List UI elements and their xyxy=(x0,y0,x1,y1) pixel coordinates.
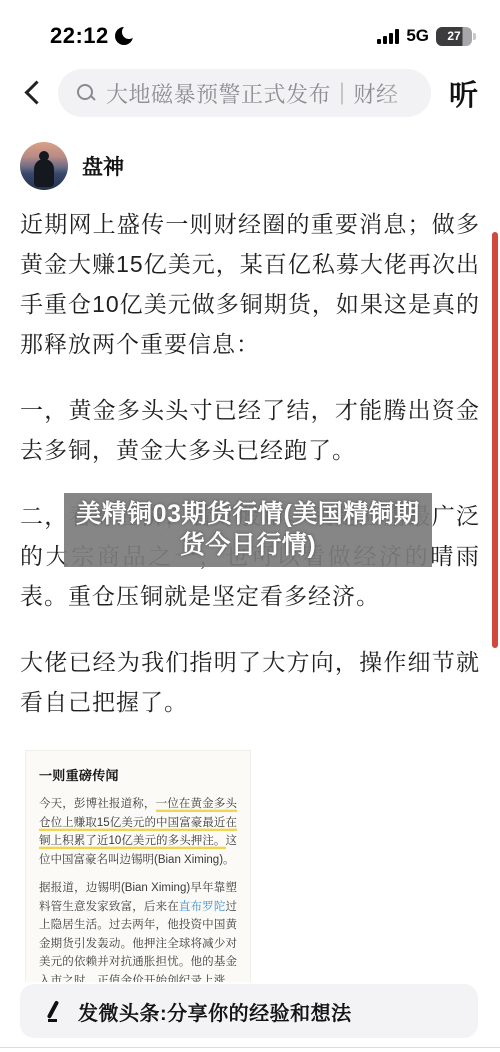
pen-icon xyxy=(42,1000,64,1022)
post-body: 近期网上盛传一则财经圈的重要消息；做多黄金大赚15亿美元，某百亿私募大佬再次出手… xyxy=(0,190,500,722)
card-text: 过上隐居生活。过去两年，他投资中国黄金期货引发轰动。他押注全球将减少对美元的依赖… xyxy=(39,901,237,985)
author-row[interactable]: 盘神 xyxy=(0,142,500,190)
post-paragraph: 大佬已经为我们指明了大方向，操作细节就看自己把握了。 xyxy=(20,642,480,722)
card-text: 今天，彭博社报道称， xyxy=(39,798,156,810)
back-button[interactable] xyxy=(18,76,52,110)
search-bar[interactable]: 大地磁暴预警正式发布｜财经 xyxy=(58,69,431,117)
search-placeholder: 大地磁暴预警正式发布｜财经 xyxy=(106,78,399,109)
embedded-article-card[interactable]: 一则重磅传闻 今天，彭博社报道称，一位在黄金多头仓位上赚取15亿美元的中国富豪最… xyxy=(25,750,251,984)
bottom-divider xyxy=(0,1047,500,1048)
card-paragraph-1: 今天，彭博社报道称，一位在黄金多头仓位上赚取15亿美元的中国富豪最近在铜上积累了… xyxy=(39,795,237,869)
compose-post-input[interactable]: 发微头条:分享你的经验和想法 xyxy=(20,984,478,1038)
author-name[interactable]: 盘神 xyxy=(82,151,124,181)
clock: 22:12 xyxy=(50,23,109,49)
composer-placeholder: 发微头条:分享你的经验和想法 xyxy=(78,997,352,1026)
card-link[interactable]: 直布罗陀 xyxy=(179,901,226,913)
avatar[interactable] xyxy=(20,142,68,190)
card-title: 一则重磅传闻 xyxy=(39,765,237,784)
composer-bar: 发微头条:分享你的经验和想法 xyxy=(0,982,500,1052)
nav-bar: 大地磁暴预警正式发布｜财经 听 xyxy=(0,66,500,120)
battery-icon: 27 xyxy=(436,27,472,46)
battery-percent: 27 xyxy=(447,29,460,43)
search-text-fade xyxy=(385,69,431,117)
signal-bars-icon xyxy=(377,29,399,44)
app-screen: 22:12 5G 27 大地磁暴预警正式发布｜财经 听 盘神 近期网上盛传一则财… xyxy=(0,0,500,1052)
network-type: 5G xyxy=(406,26,429,46)
search-icon xyxy=(76,83,96,103)
moon-icon xyxy=(115,27,133,45)
post-paragraph: 一，黄金多头头寸已经了结，才能腾出资金去多铜，黄金大多头已经跑了。 xyxy=(20,390,480,470)
scroll-progress-indicator[interactable] xyxy=(492,232,498,648)
status-bar: 22:12 5G 27 xyxy=(0,0,500,52)
avatar-figure-body xyxy=(34,159,54,187)
card-paragraph-2: 据报道，边锡明(Bian Ximing)早年靠塑料管生意发家致富，后来在直布罗陀… xyxy=(39,879,237,984)
post-paragraph: 近期网上盛传一则财经圈的重要消息；做多黄金大赚15亿美元，某百亿私募大佬再次出手… xyxy=(20,204,480,364)
listen-button[interactable]: 听 xyxy=(445,73,482,114)
watermark-overlay: 美精铜03期货行情(美国精铜期货今日行情) xyxy=(64,493,432,567)
